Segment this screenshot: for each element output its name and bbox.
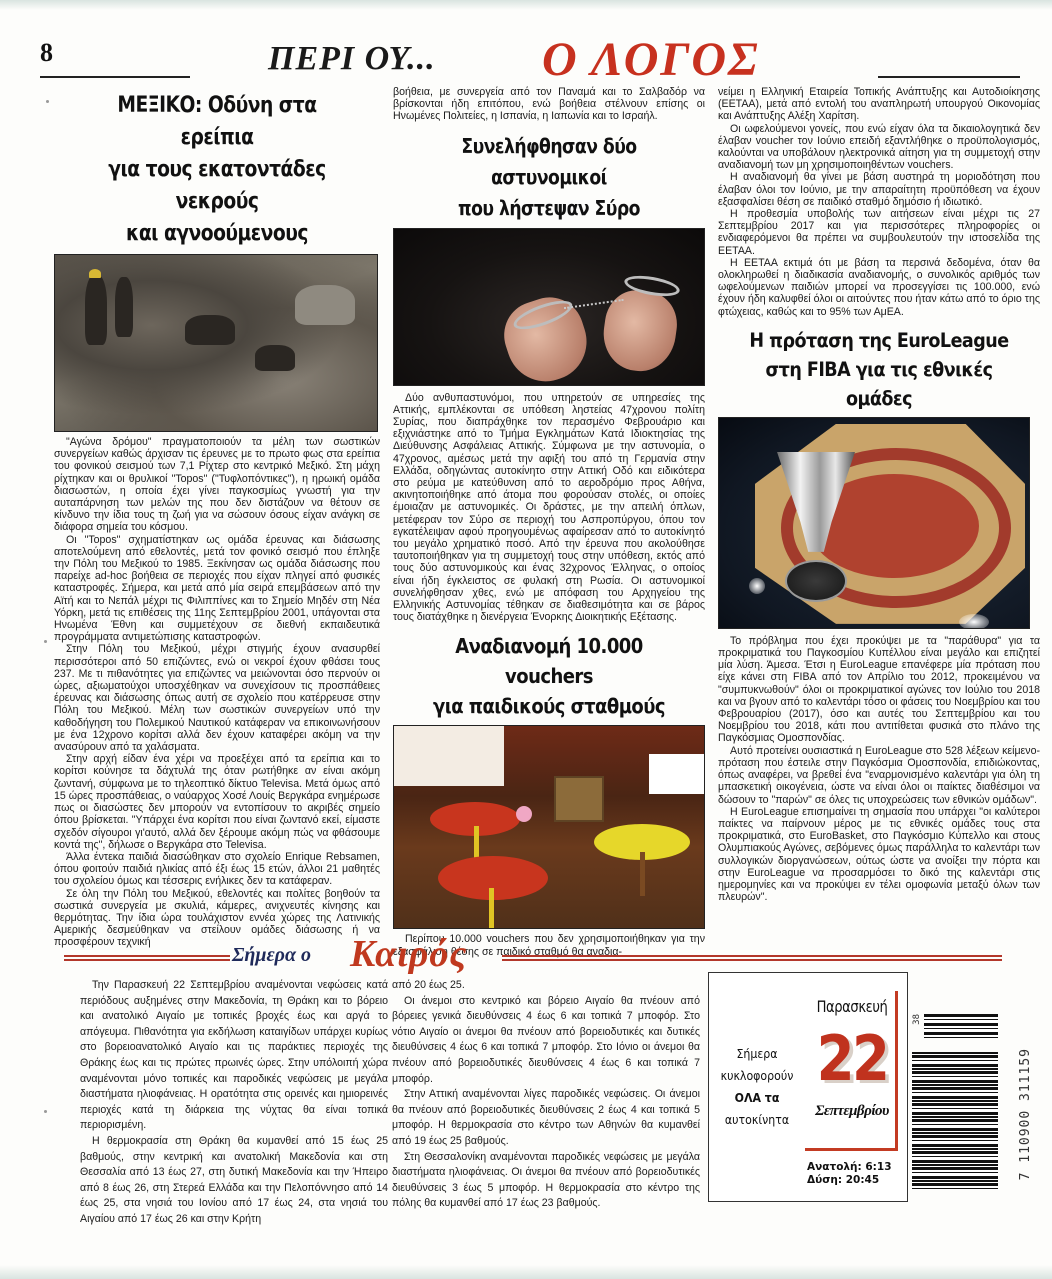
scan-edge-bottom xyxy=(0,1265,1052,1279)
rescuer-figure xyxy=(185,315,235,345)
weather-paragraph: Την Παρασκευή 22 Σεπτεμβρίου αναμένονται… xyxy=(80,978,388,1134)
weather-paragraph: Στη Θεσσαλονίκη αναμένονται παροδικές νε… xyxy=(392,1150,700,1212)
scan-edge-top xyxy=(0,0,1052,10)
scan-mark xyxy=(46,100,49,103)
light-flare xyxy=(959,614,989,629)
article-paragraph: Το πρόβλημα που έχει προκύψει με τα "παρ… xyxy=(718,635,1040,745)
article-paragraph: Η προθεσμία υποβολής των αιτήσεων είναι … xyxy=(718,208,1040,257)
scan-mark xyxy=(44,640,47,643)
masthead-title-logos: Ο ΛΟΓΟΣ xyxy=(542,32,760,87)
headline-line: για παιδικούς σταθμούς xyxy=(409,691,690,721)
barcode-main-bars xyxy=(912,1052,998,1190)
masthead-title-left: ΠΕΡΙ ΟΥ... xyxy=(268,40,436,78)
banner-title-small: Σήμερα ο xyxy=(232,944,311,967)
weather-column-2: από 20 έως 25. Οι άνεμοι στο κεντρικό κα… xyxy=(392,978,700,1212)
headline-line: Αναδιανομή 10.000 vouchers xyxy=(409,631,690,691)
headline-line: ΜΕΞΙΚΟ: Οδύνη στα ερείπια xyxy=(78,90,355,154)
sunrise-time: Ανατολή: 6:13 xyxy=(807,1161,892,1174)
handcuffed-hands-photo xyxy=(393,228,705,386)
spacer xyxy=(393,123,705,131)
headline-line: στη FIBA για τις εθνικές ομάδες xyxy=(734,355,1024,413)
day-name: Παρασκευή xyxy=(812,997,892,1016)
rescuer-figure xyxy=(85,275,107,345)
barcode: 38 xyxy=(912,1014,998,1190)
article-paragraph: Η αναδιανομή θα γίνει με βάση αυστηρά τη… xyxy=(718,171,1040,208)
banner-rule-left xyxy=(64,955,230,961)
headline-line: για τους εκατοντάδες νεκρούς xyxy=(78,154,355,218)
traffic-line: αυτοκίνητα xyxy=(718,1109,795,1131)
spacer xyxy=(718,318,1040,326)
article-paragraph: Στην αρχή είδαν ένα χέρι να προεξέχει απ… xyxy=(54,753,380,851)
headline-line: Η πρόταση της EuroLeague xyxy=(734,326,1024,355)
weather-paragraph: Οι άνεμοι στο κεντρικό και βόρειο Αιγαίο… xyxy=(392,994,700,1088)
weather-section-banner: Σήμερα ο Καιρός xyxy=(64,942,994,970)
headline-line: που λήστεψαν Σύρο xyxy=(415,193,683,224)
issue-number: 38 xyxy=(912,1014,922,1025)
sun-times: Ανατολή: 6:13 Δύση: 20:45 xyxy=(807,1161,892,1187)
balloon xyxy=(516,806,532,822)
rescuer-figure xyxy=(255,345,295,371)
article-paragraph: Οι ωφελούμενοι γονείς, που ενώ είχαν όλα… xyxy=(718,123,1040,172)
weather-column-1: Την Παρασκευή 22 Σεπτεμβρίου αναμένονται… xyxy=(80,978,388,1228)
nursery-classroom-photo xyxy=(393,725,705,929)
light-flare xyxy=(749,578,765,594)
article-paragraph: Οι "Topos" σχηματίστηκαν ως ομάδα έρευνα… xyxy=(54,534,380,644)
headline-euroleague: Η πρόταση της EuroLeague στη FIBA για τι… xyxy=(734,326,1024,413)
rescuer-figure xyxy=(115,277,133,337)
article-paragraph: Σε όλη την Πόλη του Μεξικού, εθελοντές κ… xyxy=(54,888,380,949)
masthead-rule-right xyxy=(878,76,1020,78)
weather-paragraph: Η θερμοκρασία στη Θράκη θα κυμανθεί από … xyxy=(80,1134,388,1228)
headline-line: και αγνοούμενους xyxy=(78,218,355,250)
weather-continuation: από 20 έως 25. xyxy=(392,978,700,994)
table-leg xyxy=(489,888,494,928)
rescue-workers-rubble-photo xyxy=(54,254,378,432)
headline-line: Συνελήφθησαν δύο αστυνομικοί xyxy=(415,131,683,193)
scan-mark xyxy=(44,1110,47,1113)
article-paragraph: Άλλα έντεκα παιδιά διασώθηκαν στο σχολεί… xyxy=(54,851,380,888)
masthead-rule-left xyxy=(40,76,190,78)
classroom-wall xyxy=(394,726,504,786)
traffic-notice: Σήμερα κυκλοφορούν ΟΛΑ τα αυτοκίνητα xyxy=(718,1043,795,1131)
masthead: 8 ΠΕΡΙ ΟΥ... Ο ΛΟΓΟΣ xyxy=(40,38,1020,80)
article-paragraph: Η EuroLeague επισημαίνει τη σημασία που … xyxy=(718,806,1040,904)
banner-rule-right xyxy=(502,955,1002,961)
barcode-addon-bars xyxy=(924,1014,998,1038)
month-name: Σεπτεμβρίου xyxy=(803,1103,901,1120)
barcode-digits: 7 110900 311159 xyxy=(1018,1048,1033,1180)
day-number: 22 xyxy=(809,1023,895,1095)
traffic-line: ΟΛΑ τα xyxy=(718,1087,795,1109)
article-continuation: βοήθεια, με συνεργεία από τον Παναμά και… xyxy=(393,86,705,123)
column-middle: βοήθεια, με συνεργεία από τον Παναμά και… xyxy=(393,86,705,958)
article-mexico: ΜΕΞΙΚΟ: Οδύνη στα ερείπια για τους εκατο… xyxy=(54,90,380,949)
trophy-base xyxy=(785,560,847,602)
column-right: νείμει η Ελληνική Εταιρεία Τοπικής Ανάπτ… xyxy=(718,86,1040,903)
toy-shelf xyxy=(554,776,604,822)
fist-right xyxy=(599,286,681,375)
spacer xyxy=(393,623,705,631)
headline-mexico: ΜΕΞΙΚΟ: Οδύνη στα ερείπια για τους εκατο… xyxy=(78,90,355,250)
weather-paragraph: Στην Αττική αναμένονται λίγες παροδικές … xyxy=(392,1087,700,1149)
article-paragraph: Η ΕΕΤΑΑ εκτιμά ότι με βάση τα περσινά δε… xyxy=(718,257,1040,318)
euroleague-trophy-logo-photo xyxy=(718,417,1030,629)
traffic-line: Σήμερα xyxy=(718,1043,795,1065)
article-continuation: νείμει η Ελληνική Εταιρεία Τοπικής Ανάπτ… xyxy=(718,86,1040,123)
classroom-window xyxy=(649,754,705,794)
headline-police: Συνελήφθησαν δύο αστυνομικοί που λήστεψα… xyxy=(415,131,683,224)
rubble-block xyxy=(295,285,355,325)
helmet-icon xyxy=(89,269,101,278)
article-paragraph: "Αγώνα δρόμου" πραγματοποιούν τα μέλη τω… xyxy=(54,436,380,534)
date-box: Παρασκευή 22 Σεπτεμβρίου Σήμερα κυκλοφορ… xyxy=(708,972,908,1202)
banner-title-large: Καιρός xyxy=(350,932,467,976)
article-paragraph: Αυτό προτείνει ουσιαστικά η EuroLeague σ… xyxy=(718,745,1040,806)
article-paragraph: Στην Πόλη του Μεξικού, μέχρι στιγμής έχο… xyxy=(54,643,380,753)
sunset-time: Δύση: 20:45 xyxy=(807,1174,892,1187)
headline-vouchers: Αναδιανομή 10.000 vouchers για παιδικούς… xyxy=(409,631,690,721)
table-leg xyxy=(640,852,645,896)
page-number: 8 xyxy=(40,38,53,68)
article-paragraph: Δύο ανθυπαστυνόμοι, που υπηρετούν σε υπη… xyxy=(393,392,705,624)
traffic-line: κυκλοφορούν xyxy=(718,1065,795,1087)
